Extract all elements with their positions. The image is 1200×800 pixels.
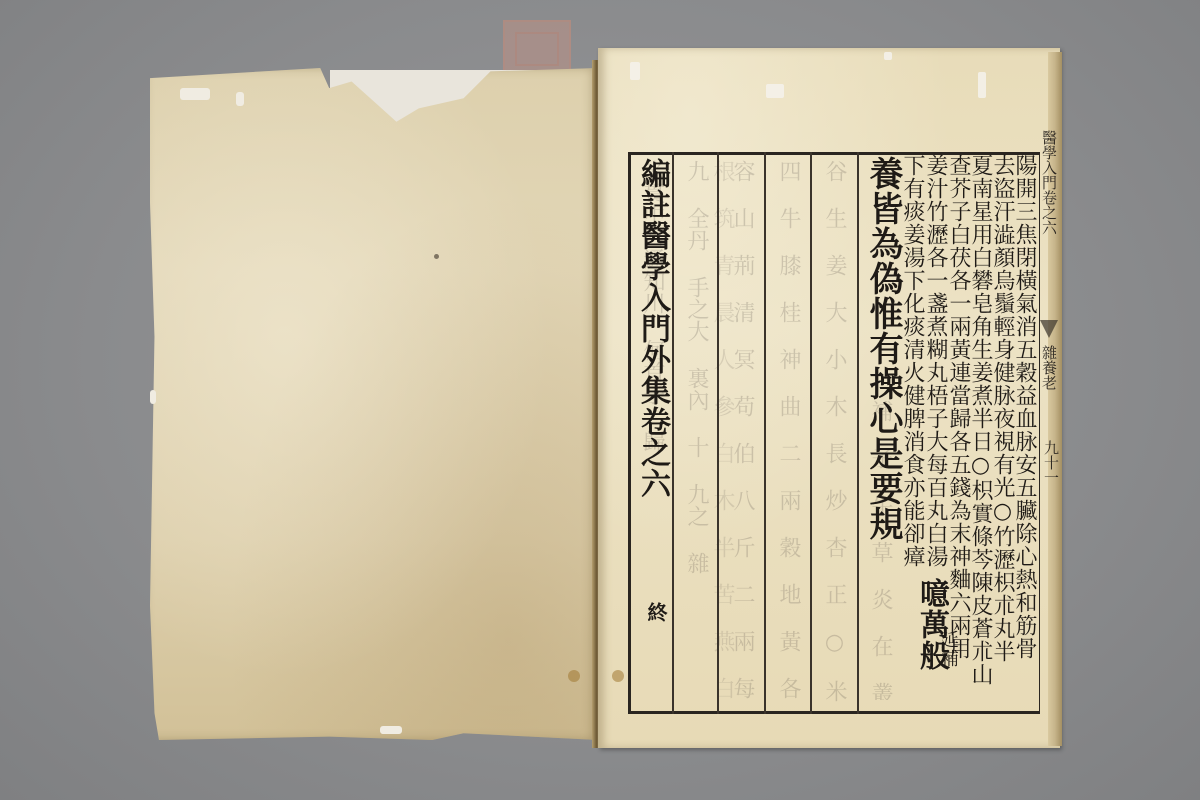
seal-inner-border <box>515 32 559 66</box>
tear-spot <box>180 88 210 100</box>
tear-spot <box>236 92 244 106</box>
column-rule <box>672 152 674 714</box>
foxing-stain <box>434 254 439 259</box>
paper-flake <box>884 52 892 60</box>
fishtail-mark-icon <box>1040 320 1058 338</box>
paper-flake <box>978 72 986 98</box>
margin-section: 雜養老 <box>1041 345 1057 390</box>
margin-title: 醫學入門卷之六 <box>1041 130 1057 235</box>
verse-annotation-small: 延補 <box>926 630 970 668</box>
tear-spot <box>380 726 402 734</box>
volume-end-mark: 終 <box>642 602 671 623</box>
foxing-stain <box>612 670 624 682</box>
left-blank-page <box>150 68 598 740</box>
scan-stage: 米貫中宮通知川 何首子 歸 九 全丹 手之大 裏內 十 九之 雜 容 山 荊 清… <box>0 0 1200 800</box>
text-column-6: 下有痰姜湯下化痰清火健脾消食亦能卻瘴 <box>890 154 934 568</box>
foxing-stain <box>568 670 580 682</box>
paper-flake <box>766 84 784 98</box>
volume-end-title: 編註醫學入門外集卷之六 <box>632 158 672 499</box>
column-rule <box>717 152 719 714</box>
column-rule <box>764 152 766 714</box>
tear-spot <box>150 390 156 404</box>
margin-folio-number: 九十一 <box>1043 440 1059 485</box>
column-rule <box>810 152 812 714</box>
column-rule <box>857 152 859 714</box>
paper-flake <box>630 62 640 80</box>
